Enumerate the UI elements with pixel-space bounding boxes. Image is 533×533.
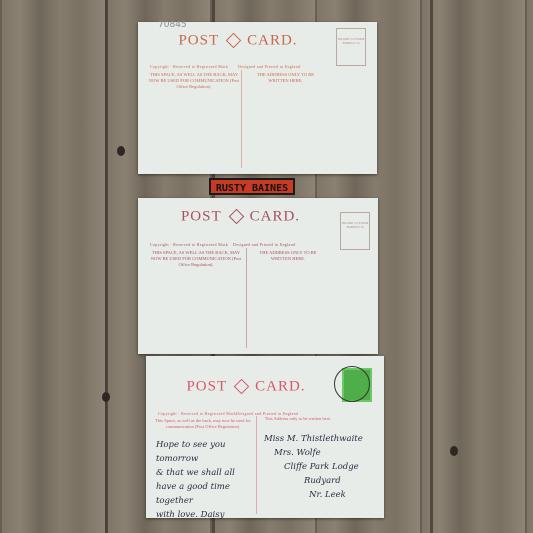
communication-instructions: This Space, as well as the back, may now… (154, 418, 252, 430)
plank-seam (430, 0, 433, 533)
copyright-line: Copyright · Reserved to Registered Mark (158, 411, 236, 416)
printer-line: Designed and Printed in England (233, 242, 295, 247)
address-handwriting: Miss M. Thistlethwaite Mrs. Wolfe Cliffe… (264, 432, 382, 502)
copyright-line: Copyright · Reserved to Registered Mark (150, 242, 228, 247)
crest-icon (227, 32, 239, 50)
divider-line (241, 70, 242, 168)
copyright-line: Copyright · Reserved to Registered Mark (150, 64, 228, 69)
communication-instructions: THIS SPACE, AS WELL AS THE BACK, MAY NOW… (148, 72, 240, 90)
label-tag: RUSTY BAINES (209, 178, 295, 195)
pencil-note: 70845 (158, 20, 187, 30)
address-instructions: THE ADDRESS ONLY TO BE WRITTEN HERE. (248, 72, 323, 84)
address-instructions: This Address only to be written here. (262, 416, 334, 422)
crest-icon (230, 208, 242, 226)
divider-line (256, 416, 257, 514)
stamp-box: INLAND ½d STAMP FOREIGN 1d (336, 28, 366, 66)
stamp-box: INLAND ½d STAMP FOREIGN 1d (340, 212, 370, 250)
postcard-3: POSTCARD. Copyright · Reserved to Regist… (146, 356, 384, 518)
printer-line: Designed and Printed in England (238, 64, 300, 69)
crest-icon (235, 378, 247, 396)
postcard-2: POSTCARD. Copyright · Reserved to Regist… (138, 198, 378, 354)
postmark (334, 366, 370, 402)
postcard-heading: POSTCARD. (138, 32, 338, 50)
nail (450, 446, 458, 456)
plank-seam (105, 0, 108, 533)
address-instructions: THE ADDRESS ONLY TO BE WRITTEN HERE. (252, 250, 324, 262)
postcard-heading: POSTCARD. (146, 378, 346, 396)
postcard-heading: POSTCARD. (138, 208, 343, 226)
nail (102, 392, 110, 402)
divider-line (246, 248, 247, 348)
communication-instructions: THIS SPACE, AS WELL AS THE BACK, MAY NOW… (148, 250, 244, 268)
message-handwriting: Hope to see you tomorrow & that we shall… (156, 438, 256, 522)
postcard-1: 70845 POSTCARD. Copyright · Reserved to … (138, 22, 377, 174)
nail (117, 146, 125, 156)
